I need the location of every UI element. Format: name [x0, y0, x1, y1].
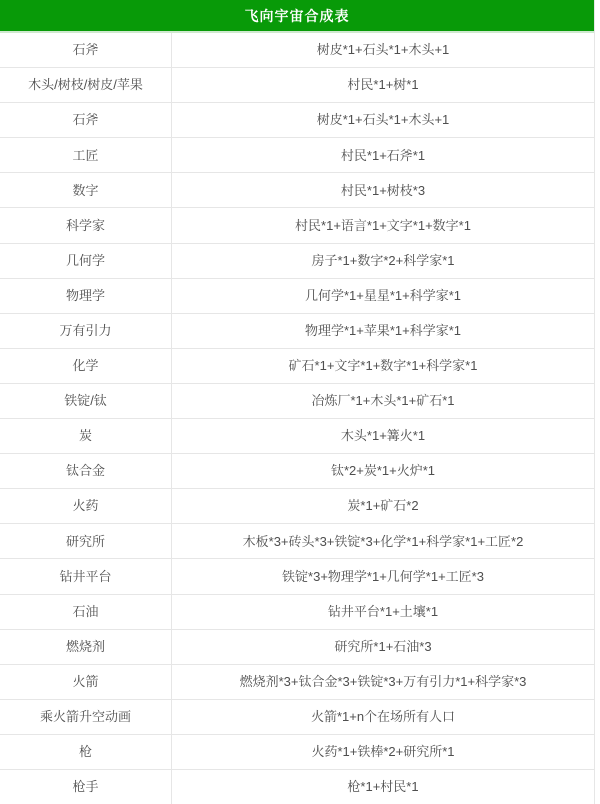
table-row: 工匠 村民*1+石斧*1 [0, 138, 594, 173]
item-cell: 枪手 [0, 770, 172, 804]
item-cell: 钛合金 [0, 454, 172, 488]
table-row: 化学 矿石*1+文字*1+数字*1+科学家*1 [0, 349, 594, 384]
recipe-cell: 研究所*1+石油*3 [172, 630, 594, 664]
item-cell: 火药 [0, 489, 172, 523]
recipe-cell: 木头*1+篝火*1 [172, 419, 594, 453]
item-cell: 研究所 [0, 524, 172, 558]
table-row: 火箭 燃烧剂*3+钛合金*3+铁锭*3+万有引力*1+科学家*3 [0, 665, 594, 700]
item-cell: 石斧 [0, 103, 172, 137]
recipe-cell: 钛*2+炭*1+火炉*1 [172, 454, 594, 488]
table-row: 炭 木头*1+篝火*1 [0, 419, 594, 454]
recipe-cell: 火药*1+铁棒*2+研究所*1 [172, 735, 594, 769]
item-cell: 石斧 [0, 33, 172, 67]
table-row: 火药 炭*1+矿石*2 [0, 489, 594, 524]
recipe-cell: 树皮*1+石头*1+木头+1 [172, 103, 594, 137]
recipe-cell: 村民*1+石斧*1 [172, 138, 594, 172]
recipe-cell: 村民*1+树*1 [172, 68, 594, 102]
synthesis-table: 飞向宇宙合成表 石斧 树皮*1+石头*1+木头+1 木头/树枝/树皮/苹果 村民… [0, 0, 595, 804]
recipe-cell: 几何学*1+星星*1+科学家*1 [172, 279, 594, 313]
item-cell: 燃烧剂 [0, 630, 172, 664]
page: 飞向宇宙合成表 石斧 树皮*1+石头*1+木头+1 木头/树枝/树皮/苹果 村民… [0, 0, 600, 804]
item-cell: 几何学 [0, 244, 172, 278]
table-row: 万有引力 物理学*1+苹果*1+科学家*1 [0, 314, 594, 349]
table-row: 几何学 房子*1+数字*2+科学家*1 [0, 244, 594, 279]
item-cell: 科学家 [0, 208, 172, 242]
recipe-cell: 村民*1+树枝*3 [172, 173, 594, 207]
recipe-cell: 村民*1+语言*1+文字*1+数字*1 [172, 208, 594, 242]
recipe-cell: 树皮*1+石头*1+木头+1 [172, 33, 594, 67]
item-cell: 万有引力 [0, 314, 172, 348]
item-cell: 枪 [0, 735, 172, 769]
recipe-cell: 炭*1+矿石*2 [172, 489, 594, 523]
recipe-cell: 枪*1+村民*1 [172, 770, 594, 804]
table-row: 钻井平台 铁锭*3+物理学*1+几何学*1+工匠*3 [0, 559, 594, 594]
table-title: 飞向宇宙合成表 [0, 0, 594, 33]
table-row: 数字 村民*1+树枝*3 [0, 173, 594, 208]
recipe-cell: 物理学*1+苹果*1+科学家*1 [172, 314, 594, 348]
table-row: 物理学 几何学*1+星星*1+科学家*1 [0, 279, 594, 314]
item-cell: 物理学 [0, 279, 172, 313]
table-row: 钛合金 钛*2+炭*1+火炉*1 [0, 454, 594, 489]
recipe-cell: 矿石*1+文字*1+数字*1+科学家*1 [172, 349, 594, 383]
item-cell: 数字 [0, 173, 172, 207]
recipe-cell: 铁锭*3+物理学*1+几何学*1+工匠*3 [172, 559, 594, 593]
recipe-cell: 燃烧剂*3+钛合金*3+铁锭*3+万有引力*1+科学家*3 [172, 665, 594, 699]
item-cell: 化学 [0, 349, 172, 383]
table-row: 研究所 木板*3+砖头*3+铁锭*3+化学*1+科学家*1+工匠*2 [0, 524, 594, 559]
table-row: 乘火箭升空动画 火箭*1+n个在场所有人口 [0, 700, 594, 735]
table-row: 枪手 枪*1+村民*1 [0, 770, 594, 804]
table-row: 铁锭/钛 冶炼厂*1+木头*1+矿石*1 [0, 384, 594, 419]
recipe-cell: 冶炼厂*1+木头*1+矿石*1 [172, 384, 594, 418]
item-cell: 木头/树枝/树皮/苹果 [0, 68, 172, 102]
item-cell: 炭 [0, 419, 172, 453]
recipe-cell: 钻井平台*1+土壤*1 [172, 595, 594, 629]
item-cell: 工匠 [0, 138, 172, 172]
item-cell: 钻井平台 [0, 559, 172, 593]
recipe-cell: 木板*3+砖头*3+铁锭*3+化学*1+科学家*1+工匠*2 [172, 524, 594, 558]
item-cell: 铁锭/钛 [0, 384, 172, 418]
table-row: 木头/树枝/树皮/苹果 村民*1+树*1 [0, 68, 594, 103]
table-row: 科学家 村民*1+语言*1+文字*1+数字*1 [0, 208, 594, 243]
item-cell: 乘火箭升空动画 [0, 700, 172, 734]
table-body: 石斧 树皮*1+石头*1+木头+1 木头/树枝/树皮/苹果 村民*1+树*1 石… [0, 33, 594, 804]
recipe-cell: 火箭*1+n个在场所有人口 [172, 700, 594, 734]
table-row: 石油 钻井平台*1+土壤*1 [0, 595, 594, 630]
table-row: 燃烧剂 研究所*1+石油*3 [0, 630, 594, 665]
table-row: 枪 火药*1+铁棒*2+研究所*1 [0, 735, 594, 770]
item-cell: 石油 [0, 595, 172, 629]
item-cell: 火箭 [0, 665, 172, 699]
table-row: 石斧 树皮*1+石头*1+木头+1 [0, 33, 594, 68]
table-row: 石斧 树皮*1+石头*1+木头+1 [0, 103, 594, 138]
recipe-cell: 房子*1+数字*2+科学家*1 [172, 244, 594, 278]
